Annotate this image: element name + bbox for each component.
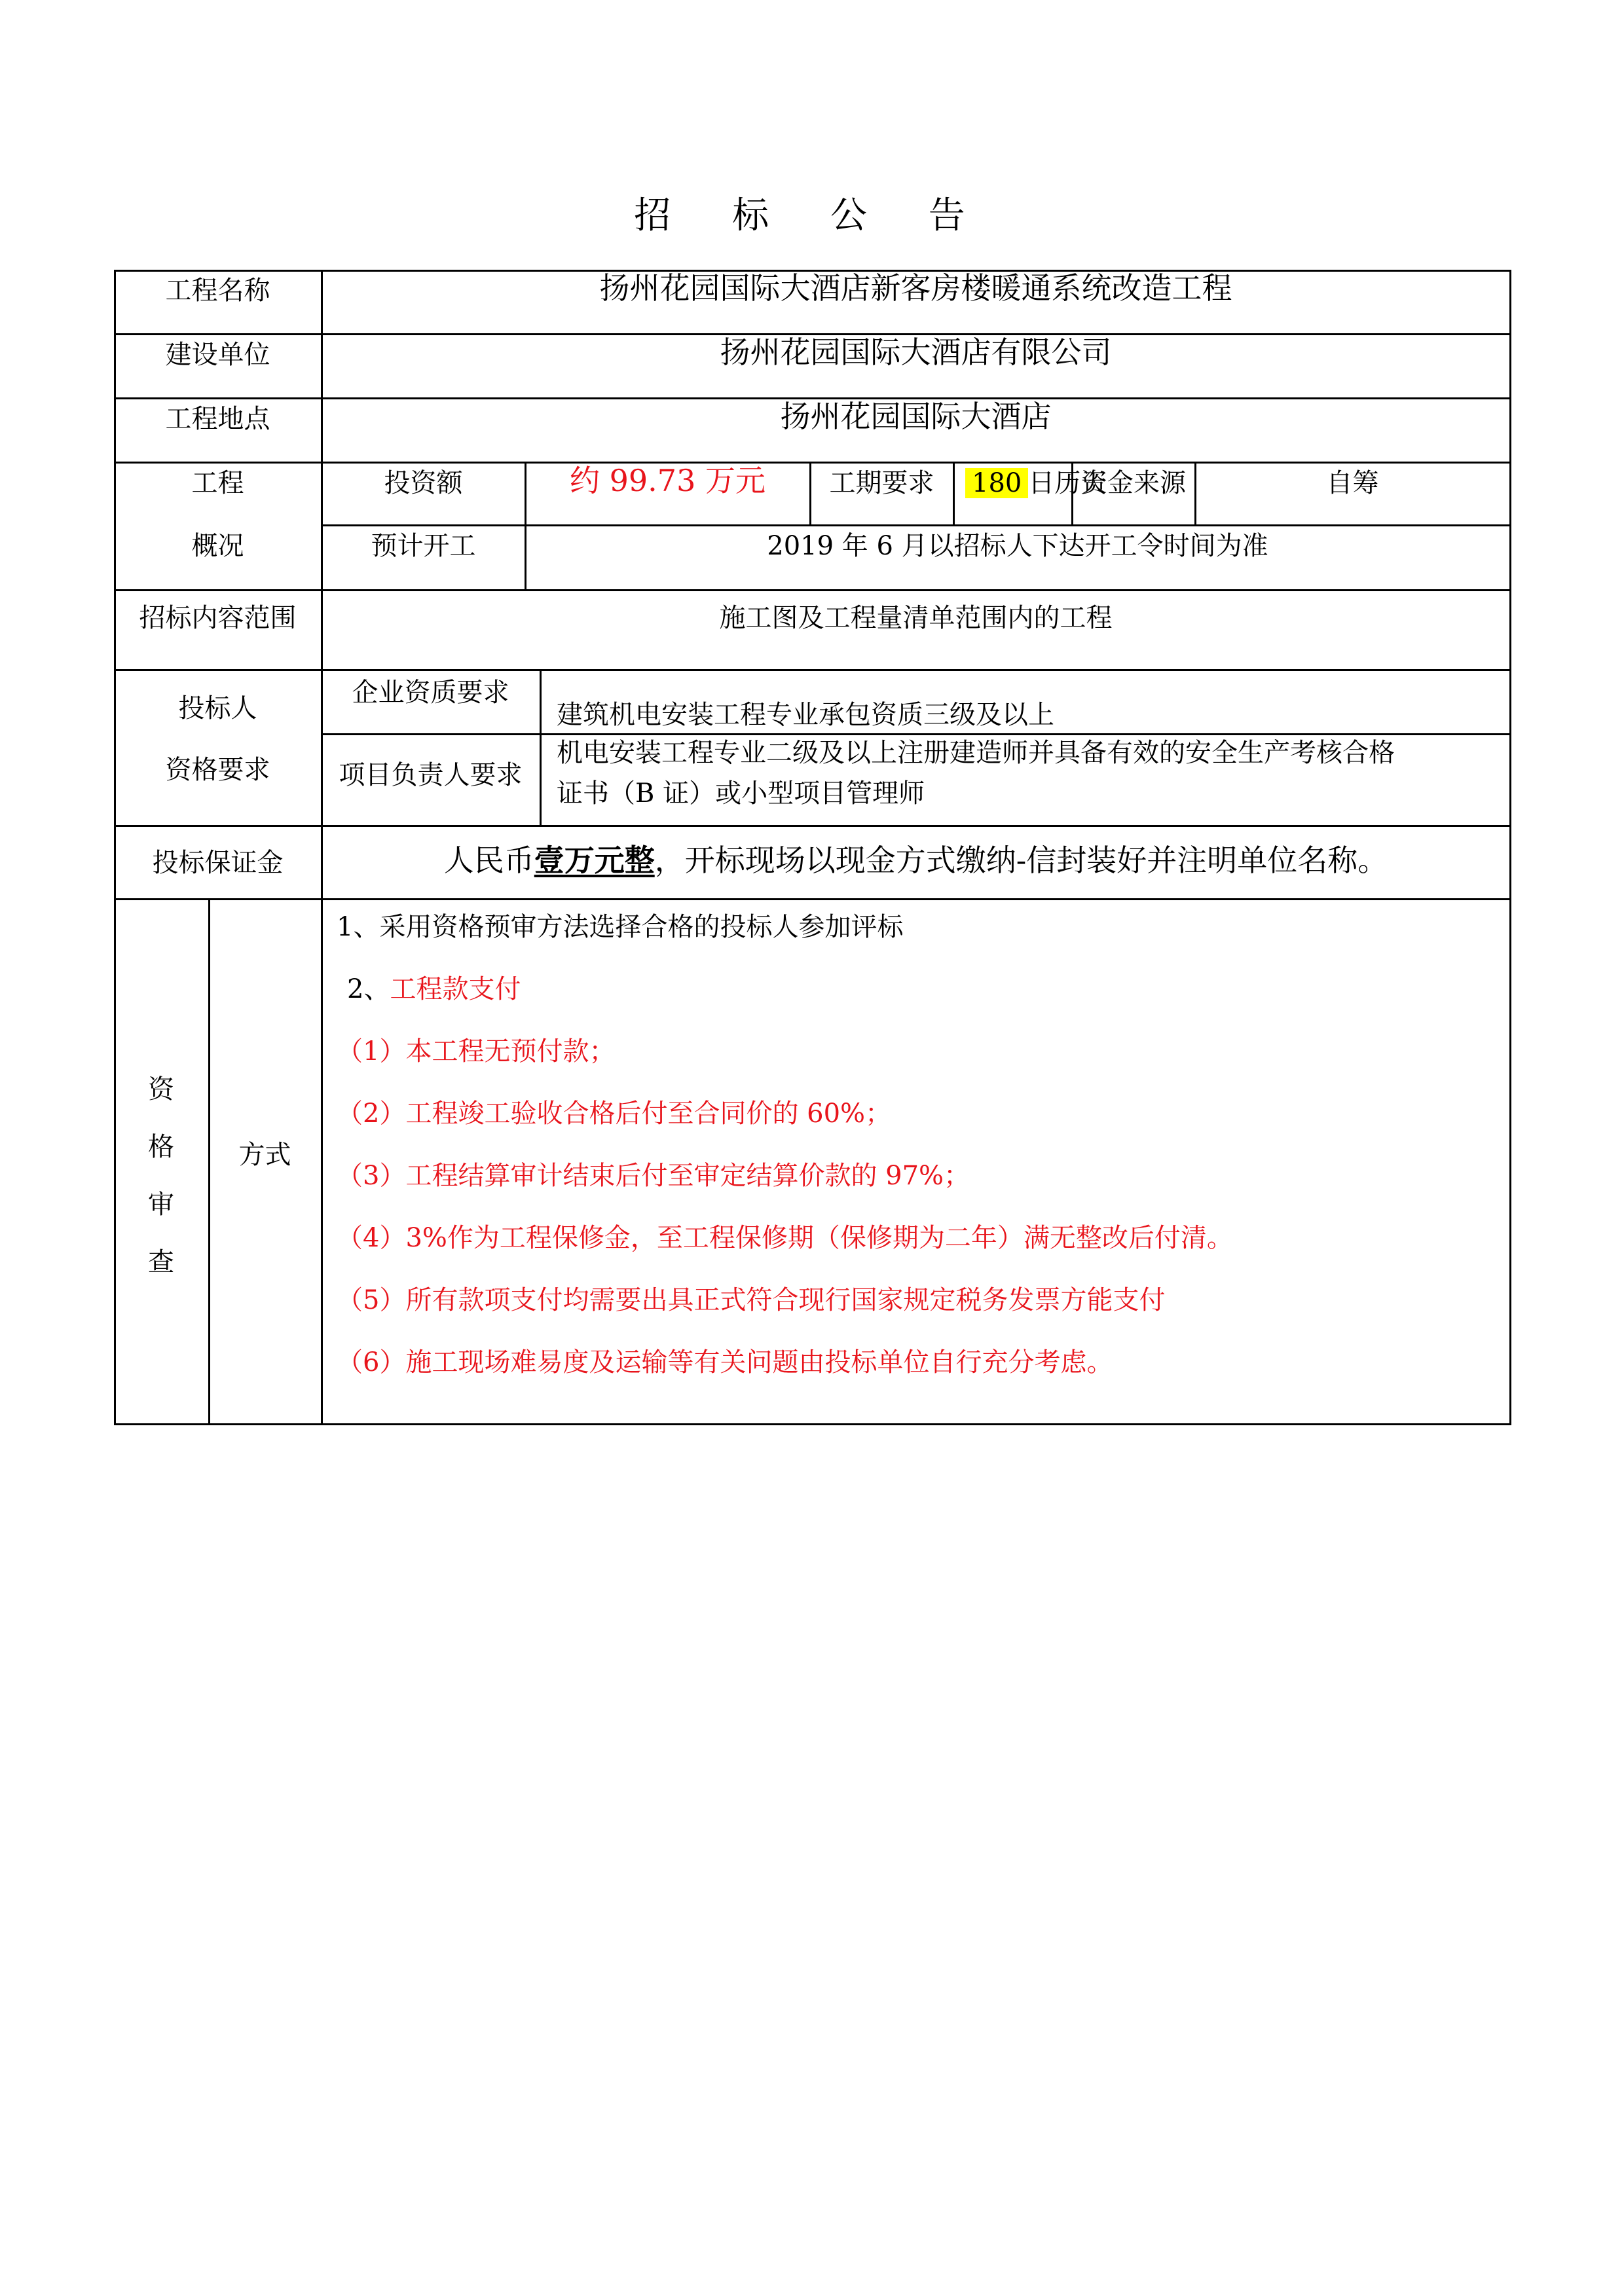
review-label: 资 格 审 查 (141, 1061, 181, 1291)
duration-days-highlight: 180 (965, 468, 1028, 498)
review-item-2: 2、工程款支付 (347, 974, 521, 1005)
fund-source-value: 自筹 (1195, 467, 1510, 499)
row-divider (114, 898, 1511, 900)
deposit-amount: 壹万元整 (534, 843, 655, 878)
row-divider (114, 669, 1511, 671)
manager-requirement-line2: 证书（B 证）或小型项目管理师 (557, 778, 925, 809)
scope-value: 施工图及工程量清单范围内的工程 (322, 602, 1510, 634)
review-item-1: 1、采用资格预审方法选择合格的投标人参加评标 (337, 911, 903, 943)
duration-label: 工期要求 (810, 467, 953, 499)
deposit-value: 人民币壹万元整，开标现场以现金方式缴纳-信封装好并注明单位名称。 (322, 845, 1510, 876)
deposit-label: 投标保证金 (114, 847, 322, 879)
project-name-value: 扬州花园国际大酒店新客房楼暖通系统改造工程 (322, 272, 1510, 304)
review-item-5: （3）工程结算审计结束后付至审定结算价款的 97%； (337, 1160, 970, 1192)
row-divider (114, 462, 1511, 464)
start-label: 预计开工 (322, 530, 525, 562)
project-name-label: 工程名称 (114, 275, 322, 306)
review-item-7: （5）所有款项支付均需要出具正式符合现行国家规定税务发票方能支付 (337, 1285, 1165, 1316)
manager-requirement-label: 项目负责人要求 (322, 759, 540, 791)
review-item-6: （4）3%作为工程保修金，至工程保修期（保修期为二年）满无整改后付清。 (337, 1222, 1233, 1254)
row-divider (322, 733, 1511, 735)
qualification-label-line1: 投标人 (114, 693, 322, 724)
col-divider (540, 669, 542, 826)
review-item-4: （2）工程竣工验收合格后付至合同价的 60%； (337, 1098, 891, 1129)
investment-value: 约 99.73 万元 (525, 465, 810, 496)
review-label-char: 格 (141, 1118, 181, 1176)
page-title: 招 标 公 告 (0, 193, 1624, 239)
row-divider (322, 524, 1511, 526)
qualification-label-line2: 资格要求 (114, 754, 322, 786)
scope-label: 招标内容范围 (114, 602, 322, 634)
location-value: 扬州花园国际大酒店 (322, 401, 1510, 432)
investment-label: 投资额 (322, 467, 525, 499)
builder-label: 建设单位 (114, 339, 322, 371)
review-label-char: 审 (141, 1176, 181, 1233)
method-label: 方式 (208, 1139, 322, 1171)
review-item-2-prefix: 2、 (347, 974, 390, 1004)
review-label-char: 查 (141, 1233, 181, 1291)
deposit-suffix: ，开标现场以现金方式缴纳-信封装好并注明单位名称。 (655, 843, 1388, 878)
company-qualification-value: 建筑机电安装工程专业承包资质三级及以上 (557, 699, 1054, 731)
table-border-bottom (114, 1423, 1511, 1425)
review-item-3: （1）本工程无预付款； (337, 1036, 615, 1067)
row-divider (114, 589, 1511, 591)
deposit-prefix: 人民币 (444, 843, 534, 878)
review-label-char: 资 (141, 1061, 181, 1118)
location-label: 工程地点 (114, 403, 322, 435)
review-item-8: （6）施工现场难易度及运输等有关问题由投标单位自行充分考虑。 (337, 1347, 1113, 1378)
fund-source-label: 资金来源 (1072, 467, 1195, 499)
review-item-2-text: 工程款支付 (390, 974, 521, 1004)
start-value: 2019 年 6 月以招标人下达开工令时间为准 (525, 530, 1510, 562)
builder-value: 扬州花园国际大酒店有限公司 (322, 337, 1510, 368)
company-qualification-label: 企业资质要求 (322, 677, 540, 708)
manager-requirement-line1: 机电安装工程专业二级及以上注册建造师并具备有效的安全生产考核合格 (557, 737, 1395, 769)
row-divider (114, 825, 1511, 827)
overview-label-line1: 工程 (114, 467, 322, 499)
overview-label-line2: 概况 (114, 530, 322, 562)
